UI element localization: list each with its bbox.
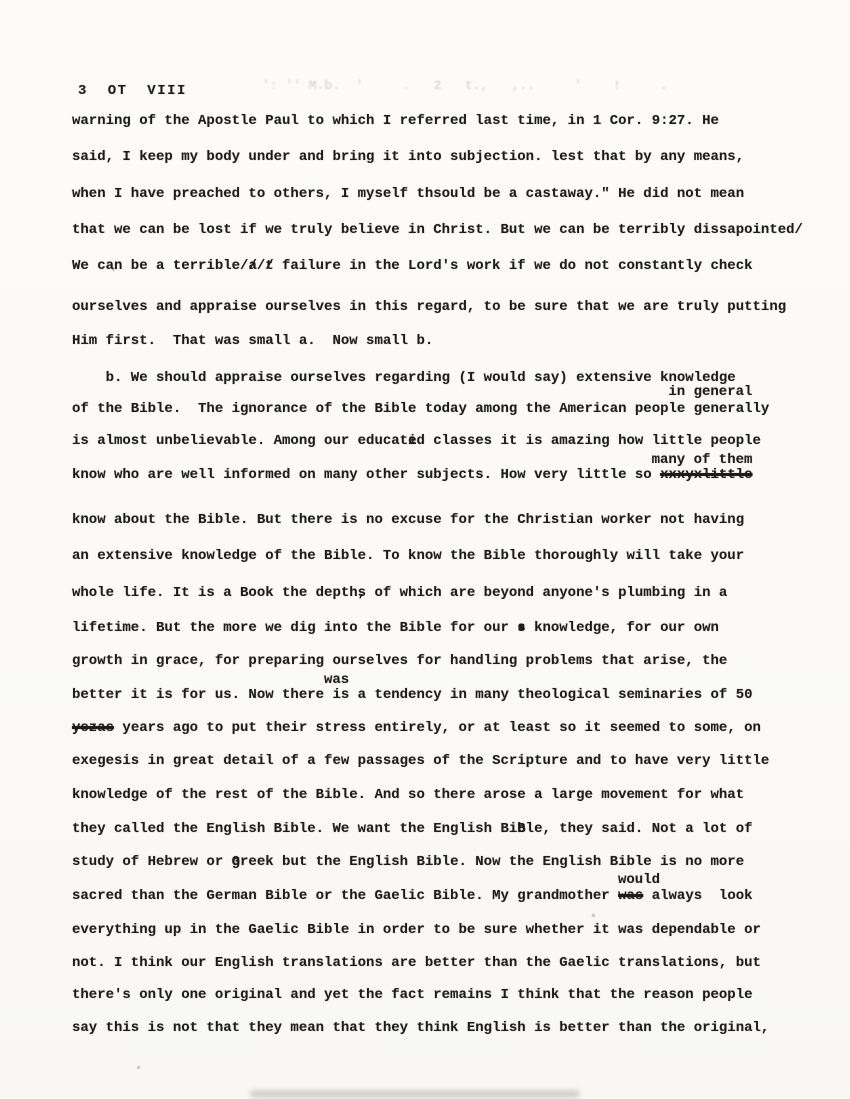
scan-smudge xyxy=(250,1090,580,1098)
typed-line: they called the English Bible. We want t… xyxy=(72,820,753,838)
typed-text: / xyxy=(257,258,265,274)
typed-text: ourselves and appraise ourselves in this… xyxy=(72,299,786,315)
overstruck-char: s● xyxy=(517,619,525,637)
overstruck-char: gG xyxy=(232,853,240,871)
typed-text: everything up in the Gaelic Bible in ord… xyxy=(72,922,761,938)
typed-text: years ago to put their stress entirely, … xyxy=(114,720,761,736)
typed-text: whole life. It is a Book the depth xyxy=(72,585,358,601)
overstruck-char: ei xyxy=(408,432,416,450)
overstruck-char: s, xyxy=(358,584,366,602)
typed-text: say this is not that they mean that they… xyxy=(72,1020,769,1036)
typed-text: reek but the English Bible. Now the Engl… xyxy=(240,854,744,870)
typed-text: We can be a terrible/ xyxy=(72,258,248,274)
typed-text: study of Hebrew or xyxy=(72,854,232,870)
typed-line: We can be a terrible/a//t/ failure in th… xyxy=(72,257,753,275)
overstruck-char: a/ xyxy=(248,257,256,275)
scan-speck xyxy=(112,268,115,271)
typed-line: an extensive knowledge of the Bible. To … xyxy=(72,547,744,565)
typed-text: said, I keep my body under and bring it … xyxy=(72,149,744,165)
typed-line: warning of the Apostle Paul to which I r… xyxy=(72,112,719,130)
typed-text: d classes it is amazing how little peopl… xyxy=(416,433,760,449)
scanned-typescript-page: 3 OT VIII ': '' M.b. ' . 2 t., ,.. ' ! .… xyxy=(0,0,850,1099)
inserted-correction-line: in general xyxy=(668,383,752,401)
typed-line: there's only one original and yet the fa… xyxy=(72,986,753,1004)
typed-text: knowledge of the rest of the Bible. And … xyxy=(72,787,744,803)
typed-line: whole life. It is a Book the depths, of … xyxy=(72,584,727,602)
typed-text: growth in grace, for preparing ourselves… xyxy=(72,653,727,669)
typed-text: is almost unbelievable. Among our educat xyxy=(72,433,408,449)
typed-text: in general xyxy=(668,384,752,400)
typed-text: of which are beyond anyone's plumbing in… xyxy=(366,585,727,601)
typed-text: not. I think our English translations ar… xyxy=(72,955,761,971)
typed-text: know who are well informed on many other… xyxy=(72,467,660,483)
scan-speck xyxy=(137,1066,140,1069)
typed-line: ourselves and appraise ourselves in this… xyxy=(72,298,786,316)
typed-line: when I have preached to others, I myself… xyxy=(72,185,744,203)
typed-line: study of Hebrew or gGreek but the Englis… xyxy=(72,853,744,871)
typed-text: of the Bible. The ignorance of the Bible… xyxy=(72,401,769,417)
typed-text: better it is for us. Now there is a tend… xyxy=(72,687,753,703)
typed-line: knowledge of the rest of the Bible. And … xyxy=(72,786,744,804)
typed-text: failure in the Lord's work if we do not … xyxy=(274,258,753,274)
overstruck-char: bB xyxy=(517,820,525,838)
typed-line: of the Bible. The ignorance of the Bible… xyxy=(72,400,769,418)
typed-text: lifetime. But the more we dig into the B… xyxy=(72,620,517,636)
typed-text: le, they said. Not a lot of xyxy=(526,821,753,837)
typed-line: is almost unbelievable. Among our educat… xyxy=(72,432,761,450)
typed-line: b. We should appraise ourselves regardin… xyxy=(72,369,736,387)
typed-line: say this is not that they mean that they… xyxy=(72,1019,769,1037)
ghost-bleedthrough-text: ': '' M.b. ' . 2 t., ,.. ' ! . xyxy=(262,78,668,93)
typed-text: an extensive knowledge of the Bible. To … xyxy=(72,548,744,564)
typed-text: know about the Bible. But there is no ex… xyxy=(72,512,744,528)
typed-text: that we can be lost if we truly believe … xyxy=(72,222,803,238)
typed-line: yezas years ago to put their stress enti… xyxy=(72,719,761,737)
typed-text: knowledge, for our own xyxy=(526,620,719,636)
typed-line: said, I keep my body under and bring it … xyxy=(72,148,744,166)
typed-line: everything up in the Gaelic Bible in ord… xyxy=(72,921,761,939)
typed-line: growth in grace, for preparing ourselves… xyxy=(72,652,727,670)
typed-line: that we can be lost if we truly believe … xyxy=(72,221,803,239)
typed-text: there's only one original and yet the fa… xyxy=(72,987,753,1003)
typed-text: b. We should appraise ourselves regardin… xyxy=(72,370,736,386)
typed-line: know who are well informed on many other… xyxy=(72,466,753,484)
typed-text: warning of the Apostle Paul to which I r… xyxy=(72,113,719,129)
struck-out-text: was xyxy=(618,888,643,904)
typed-text: exegesis in great detail of a few passag… xyxy=(72,753,769,769)
struck-out-text: xxxyxlittle xyxy=(660,467,752,483)
typed-text: when I have preached to others, I myself… xyxy=(72,186,744,202)
scan-speck xyxy=(592,914,595,917)
typed-text: always look xyxy=(643,888,752,904)
typed-line: not. I think our English translations ar… xyxy=(72,954,761,972)
typed-text: they called the English Bible. We want t… xyxy=(72,821,517,837)
typed-line: know about the Bible. But there is no ex… xyxy=(72,511,744,529)
struck-out-text: yezas xyxy=(72,720,114,736)
typed-text: sacred than the German Bible or the Gael… xyxy=(72,888,618,904)
typed-line: better it is for us. Now there is a tend… xyxy=(72,686,753,704)
overstruck-char: t/ xyxy=(265,257,273,275)
typed-line: sacred than the German Bible or the Gael… xyxy=(72,887,753,905)
typed-line: lifetime. But the more we dig into the B… xyxy=(72,619,719,637)
typed-line: exegesis in great detail of a few passag… xyxy=(72,752,769,770)
typed-line: Him first. That was small a. Now small b… xyxy=(72,332,433,350)
page-header: 3 OT VIII xyxy=(78,83,187,99)
typed-text: would xyxy=(618,872,660,888)
typed-text: Him first. That was small a. Now small b… xyxy=(72,333,433,349)
